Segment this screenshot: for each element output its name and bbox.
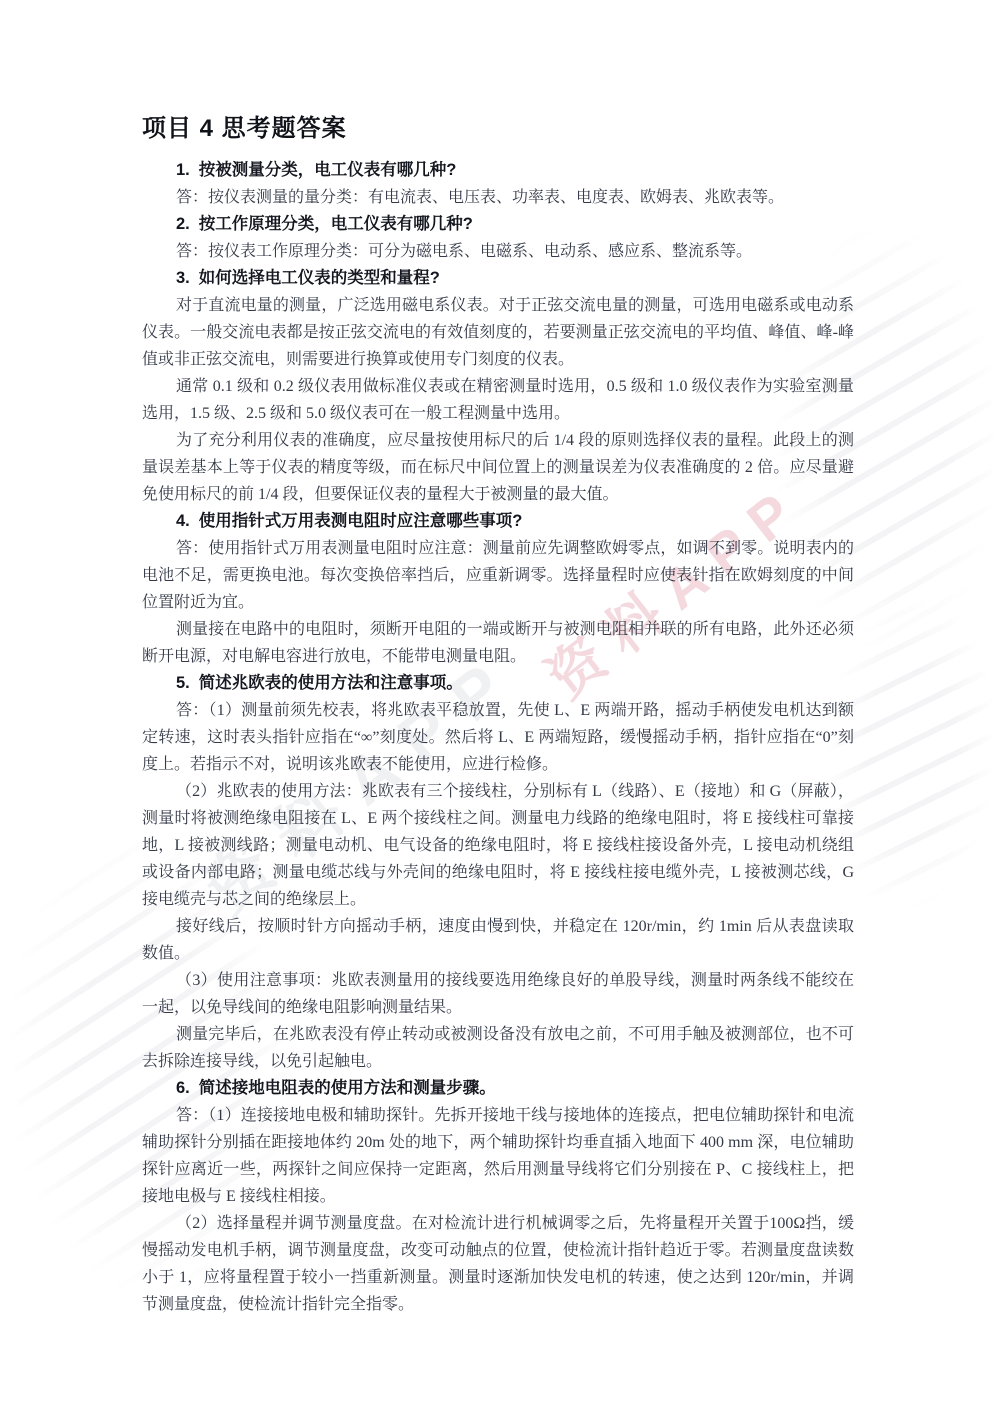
answer-4-1: 答：使用指针式万用表测量电阻时应注意：测量前应先调整欧姆零点，如调不到零。说明表… (142, 535, 854, 616)
answer-3-1: 对于直流电量的测量，广泛选用磁电系仪表。对于正弦交流电量的测量，可选用电磁系或电… (142, 292, 854, 373)
question-5: 5.简述兆欧表的使用方法和注意事项。 (142, 670, 854, 697)
question-1-text: 按被测量分类，电工仪表有哪几种? (199, 161, 457, 179)
question-5-number: 5. (176, 674, 190, 692)
answer-2-1: 答：按仪表工作原理分类：可分为磁电系、电磁系、电动系、感应系、整流系等。 (142, 238, 854, 265)
answer-5-3: 接好线后，按顺时针方向摇动手柄，速度由慢到快，并稳定在 120r/min，约 1… (142, 913, 854, 967)
answer-3-3: 为了充分利用仪表的准确度，应尽量按使用标尺的后 1/4 段的原则选择仪表的量程。… (142, 427, 854, 508)
question-3-text: 如何选择电工仪表的类型和量程? (199, 269, 440, 287)
question-6: 6.简述接地电阻表的使用方法和测量步骤。 (142, 1075, 854, 1102)
answer-5-4: （3）使用注意事项：兆欧表测量用的接线要选用绝缘良好的单股导线，测量时两条线不能… (142, 967, 854, 1021)
answer-1-1: 答：按仪表测量的量分类：有电流表、电压表、功率表、电度表、欧姆表、兆欧表等。 (142, 184, 854, 211)
question-1-number: 1. (176, 161, 190, 179)
question-1: 1.按被测量分类，电工仪表有哪几种? (142, 157, 854, 184)
question-5-text: 简述兆欧表的使用方法和注意事项。 (199, 674, 463, 692)
answer-6-1: 答：（1）连接接地电极和辅助探针。先拆开接地干线与接地体的连接点，把电位辅助探针… (142, 1102, 854, 1210)
question-2-text: 按工作原理分类，电工仪表有哪几种? (199, 215, 473, 233)
document-content: 项目 4 思考题答案 1.按被测量分类，电工仪表有哪几种? 答：按仪表测量的量分… (142, 114, 854, 1318)
question-2-number: 2. (176, 215, 190, 233)
question-2: 2.按工作原理分类，电工仪表有哪几种? (142, 211, 854, 238)
question-4: 4.使用指针式万用表测电阻时应注意哪些事项? (142, 508, 854, 535)
answer-6-2: （2）选择量程并调节测量度盘。在对检流计进行机械调零之后，先将量程开关置于100… (142, 1210, 854, 1318)
document-page: 资料APP 资料APP 项目 4 思考题答案 1.按被测量分类，电工仪表有哪几种… (0, 0, 993, 1404)
answer-3-2: 通常 0.1 级和 0.2 级仪表用做标准仪表或在精密测量时选用，0.5 级和 … (142, 373, 854, 427)
question-4-text: 使用指针式万用表测电阻时应注意哪些事项? (199, 512, 523, 530)
question-3: 3.如何选择电工仪表的类型和量程? (142, 265, 854, 292)
question-4-number: 4. (176, 512, 190, 530)
answer-4-2: 测量接在电路中的电阻时，须断开电阻的一端或断开与被测电阻相并联的所有电路，此外还… (142, 616, 854, 670)
question-3-number: 3. (176, 269, 190, 287)
page-title: 项目 4 思考题答案 (142, 114, 854, 144)
answer-5-1: 答：（1）测量前须先校表，将兆欧表平稳放置，先使 L、E 两端开路，摇动手柄使发… (142, 697, 854, 778)
question-6-text: 简述接地电阻表的使用方法和测量步骤。 (199, 1079, 496, 1097)
answer-5-5: 测量完毕后，在兆欧表没有停止转动或被测设备没有放电之前，不可用手触及被测部位，也… (142, 1021, 854, 1075)
answer-5-2: （2）兆欧表的使用方法：兆欧表有三个接线柱，分别标有 L（线路）、E（接地）和 … (142, 778, 854, 913)
question-6-number: 6. (176, 1079, 190, 1097)
